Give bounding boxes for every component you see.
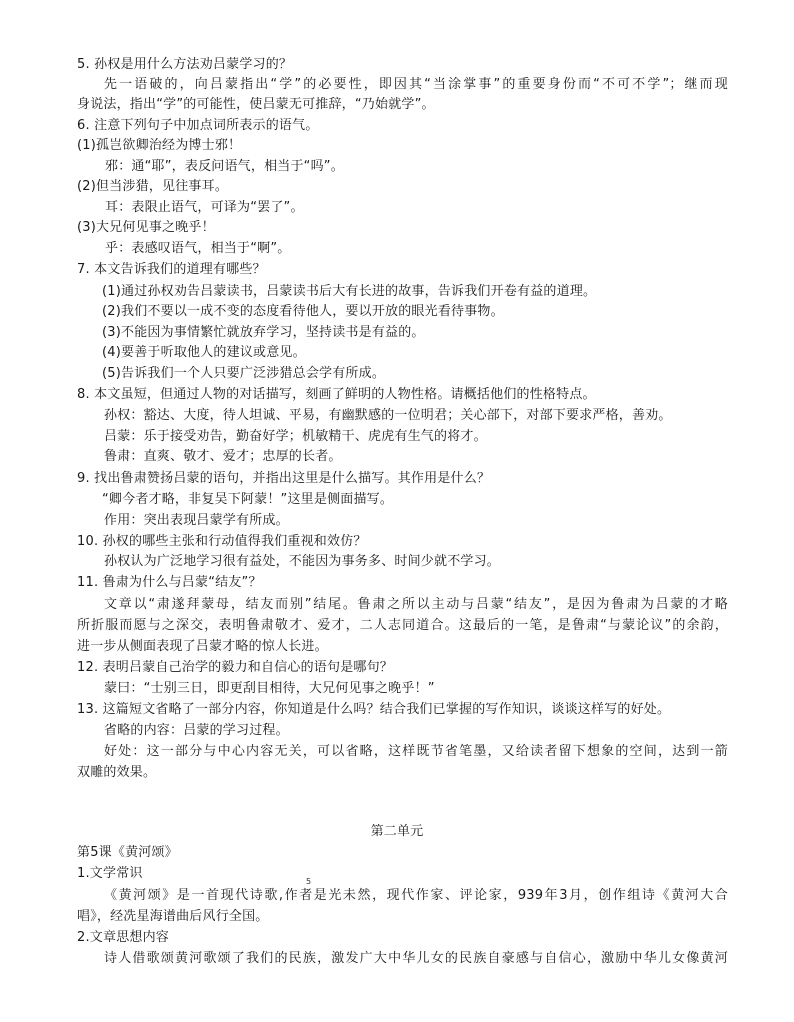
q6-sentence-3: (3)大兄何见事之晚乎！ — [77, 218, 215, 238]
q7-item-3: (3)不能因为事情繁忙就放弃学习，坚持读书是有益的。 — [102, 323, 425, 343]
lesson-title: 第5课《黄河颂》 — [77, 843, 178, 863]
q13-benefit-line-2: 双雕的效果。 — [77, 763, 156, 783]
answer-5-line-1: 先一语破的，向吕蒙指出“学”的必要性，即因其“当涂掌事”的重要身份而“不可不学”… — [104, 75, 728, 95]
literary-paragraph-line-1: 《黄河颂》是一首现代诗歌,作者是光未然，现代作家、评论家，939年3月，创作组诗… — [104, 886, 728, 906]
question-13: 13. 这篇短文省略了一部分内容，你知道是什么吗？结合我们已掌握的写作知识，谈谈… — [77, 700, 670, 720]
q8-lvmeng: 吕蒙：乐于接受劝告，勤奋好学；机敏精干、虎虎有生气的将才。 — [104, 427, 487, 447]
question-9: 9. 找出鲁肃赞扬吕蒙的语句，并指出这里是什么描写。其作用是什么？ — [77, 469, 490, 489]
unit-title: 第二单元 — [0, 822, 794, 842]
q12-answer: 蒙曰：“士别三日，即更刮目相待，大兄何见事之晚乎！” — [104, 679, 435, 699]
answer-5-line-2: 身说法，指出“学”的可能性，使吕蒙无可推辞，“乃始就学”。 — [77, 95, 435, 115]
q6-note-2: 耳：表限止语气，可译为“罢了”。 — [105, 198, 304, 218]
question-8: 8. 本文虽短，但通过人物的对话描写，刻画了鲜明的人物性格。请概括他们的性格特点… — [77, 385, 596, 405]
document-page: 5. 孙权是用什么方法劝吕蒙学习的？ 先一语破的，向吕蒙指出“学”的必要性，即因… — [0, 0, 794, 1022]
q7-item-2: (2)我们不要以一成不变的态度看待他人，要以开放的眼光看待事物。 — [102, 302, 504, 322]
q9-answer-2: 作用：突出表现吕蒙学有所成。 — [104, 511, 289, 531]
thought-paragraph-line-1: 诗人借歌颂黄河歌颂了我们的民族，激发广大中华儿女的民族自豪感与自信心，激励中华儿… — [104, 949, 728, 969]
question-7: 7. 本文告诉我们的道理有哪些？ — [77, 260, 266, 280]
q7-item-4: (4)要善于听取他人的建议或意见。 — [102, 343, 306, 363]
q13-omitted: 省略的内容：吕蒙的学习过程。 — [104, 721, 289, 741]
q10-answer: 孙权认为广泛地学习很有益处，不能因为事务多、时间少就不学习。 — [104, 552, 500, 572]
q7-item-5: (5)告诉我们一个人只要广泛涉猎总会学有所成。 — [102, 364, 385, 384]
question-10: 10. 孙权的哪些主张和行动值得我们重视和效仿？ — [77, 532, 367, 552]
q7-item-1: (1)通过孙权劝告吕蒙读书，吕蒙读书后大有长进的故事，告诉我们开卷有益的道理。 — [102, 282, 596, 302]
question-11: 11. 鲁肃为什么与吕蒙“结友”？ — [77, 573, 262, 593]
question-12: 12. 表明吕蒙自己治学的毅力和自信心的语句是哪句？ — [77, 658, 393, 678]
q8-sunquan: 孙权：豁达、大度，待人坦诚、平易，有幽默感的一位明君；关心部下，对部下要求严格，… — [104, 406, 672, 426]
q9-answer-1: “卿今者才略，非复吴下阿蒙！”这里是侧面描写。 — [102, 490, 393, 510]
q6-note-3: 乎：表感叹语气，相当于“啊”。 — [105, 239, 290, 259]
question-6: 6. 注意下列句子中加点词所表示的语气。 — [77, 116, 319, 136]
q6-sentence-2: (2)但当涉猎，见往事耳。 — [77, 177, 228, 197]
page-number: 5 — [306, 878, 311, 886]
q8-lusu: 鲁肃：直爽、敬才、爱才；忠厚的长者。 — [104, 447, 342, 467]
q13-benefit-line-1: 好处：这一部分与中心内容无关，可以省略，这样既节省笔墨，又给读者留下想象的空间，… — [104, 742, 728, 762]
question-5: 5. 孙权是用什么方法劝吕蒙学习的？ — [77, 55, 292, 75]
q6-sentence-1: (1)孤岂欲卿治经为博士邪！ — [77, 136, 241, 156]
q11-answer-line-3: 进一步从侧面表现了吕蒙才略的惊人长进。 — [77, 637, 328, 657]
literary-paragraph-line-2: 唱》，经冼星海谱曲后风行全国。 — [77, 907, 269, 927]
q11-answer-line-1: 文章以“肃遂拜蒙母，结友而别”结尾。鲁肃之所以主动与吕蒙“结友”，是因为鲁肃为吕… — [104, 595, 728, 615]
heading-thought-content: 2.文章思想内容 — [77, 928, 169, 948]
heading-literary-knowledge: 1.文学常识 — [77, 864, 143, 884]
q6-note-1: 邪：通“耶”，表反问语气，相当于“吗”。 — [105, 157, 344, 177]
q11-answer-line-2: 所折服而愿与之深交，表明鲁肃敬才、爱才，二人志同道合。这最后的一笔，是鲁肃“与蒙… — [77, 616, 728, 636]
